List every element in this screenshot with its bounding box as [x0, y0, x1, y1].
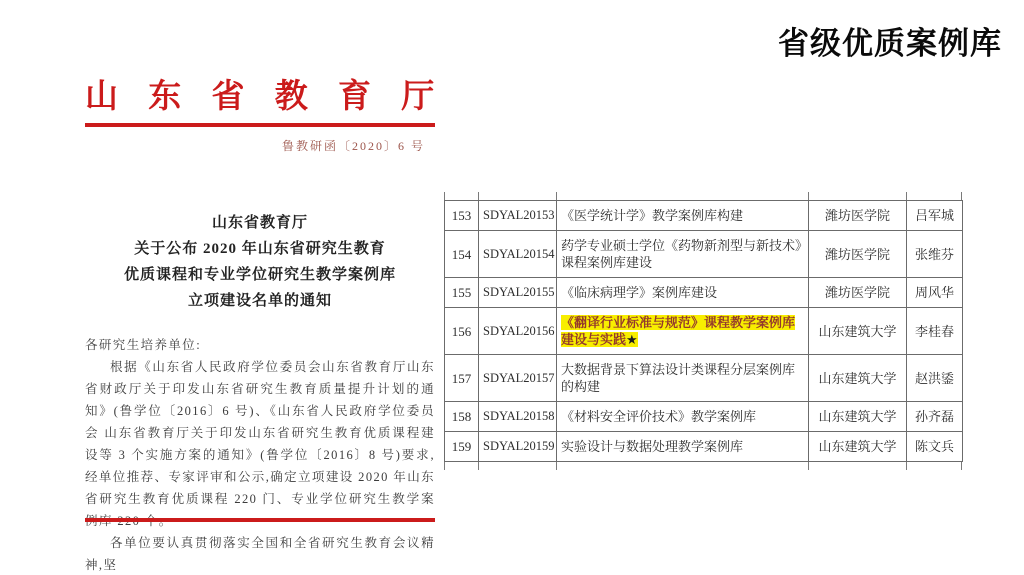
project-title: 大数据背景下算法设计类课程分层案例库的构建: [561, 362, 795, 394]
row-number: 158: [445, 402, 479, 432]
project-title-wrap: 实验设计与数据处理教学案例库: [561, 439, 743, 454]
notice-title-line: 关于公布 2020 年山东省研究生教育: [85, 236, 435, 262]
notice-title-line: 山东省教育厅: [85, 210, 435, 236]
leader-name: 吕军城: [907, 201, 963, 231]
table-row: 154 SDYAL20154 药学专业硕士学位《药物新剂型与新技术》课程案例库建…: [445, 231, 963, 278]
project-title-cell: 《翻译行业标准与规范》课程教学案例库建设与实践★: [557, 308, 809, 355]
project-title: 药学专业硕士学位《药物新剂型与新技术》课程案例库建设: [561, 238, 802, 270]
project-title-cell: 药学专业硕士学位《药物新剂型与新技术》课程案例库建设: [557, 231, 809, 278]
official-document: 山 东 省 教 育 厅 鲁教研函〔2020〕6 号 山东省教育厅 关于公布 20…: [85, 60, 435, 522]
project-title-cell: 大数据背景下算法设计类课程分层案例库的构建: [557, 355, 809, 402]
project-title: 《医学统计学》教学案例库构建: [561, 208, 743, 223]
project-code: SDYAL20156: [479, 308, 557, 355]
table-row: 156 SDYAL20156 《翻译行业标准与规范》课程教学案例库建设与实践★ …: [445, 308, 963, 355]
project-code: SDYAL20153: [479, 201, 557, 231]
school-name: 山东建筑大学: [809, 308, 907, 355]
project-code: SDYAL20155: [479, 278, 557, 308]
document-number: 鲁教研函〔2020〕6 号: [85, 137, 435, 154]
project-title: 《临床病理学》案例库建设: [561, 285, 717, 300]
project-code: SDYAL20158: [479, 402, 557, 432]
table-crop-stub: [444, 462, 445, 470]
table-crop-stub: [906, 462, 907, 470]
table-crop-stub: [556, 192, 557, 200]
project-title: 《翻译行业标准与规范》课程教学案例库建设与实践: [561, 315, 795, 347]
table-row: 155 SDYAL20155 《临床病理学》案例库建设 潍坊医学院 周风华: [445, 278, 963, 308]
school-name: 潍坊医学院: [809, 278, 907, 308]
project-title-cell: 实验设计与数据处理教学案例库: [557, 432, 809, 462]
leader-name: 周风华: [907, 278, 963, 308]
leader-name: 赵洪鋈: [907, 355, 963, 402]
table-row: 157 SDYAL20157 大数据背景下算法设计类课程分层案例库的构建 山东建…: [445, 355, 963, 402]
project-title-wrap: 《翻译行业标准与规范》课程教学案例库建设与实践★: [561, 315, 795, 347]
leader-name: 李桂春: [907, 308, 963, 355]
project-title-wrap: 《医学统计学》教学案例库构建: [561, 208, 743, 223]
project-code: SDYAL20154: [479, 231, 557, 278]
table-crop-stub: [961, 462, 962, 470]
project-title-cell: 《医学统计学》教学案例库构建: [557, 201, 809, 231]
table-crop-stub: [906, 192, 907, 200]
project-title-cell: 《临床病理学》案例库建设: [557, 278, 809, 308]
school-name: 潍坊医学院: [809, 231, 907, 278]
project-title: 《材料安全评价技术》教学案例库: [561, 409, 756, 424]
letterhead-title: 山 东 省 教 育 厅: [85, 70, 435, 117]
notice-title-line: 优质课程和专业学位研究生教学案例库: [85, 262, 435, 288]
table-row: 153 SDYAL20153 《医学统计学》教学案例库构建 潍坊医学院 吕军城: [445, 201, 963, 231]
body-paragraph: 各单位要认真贯彻落实全国和全省研究生教育会议精神,坚: [85, 532, 435, 575]
notice-body: 各研究生培养单位: 根据《山东省人民政府学位委员会山东省教育厅山东省财政厅关于印…: [85, 334, 435, 575]
table-crop-stub: [961, 192, 962, 200]
letterhead-divider: [85, 123, 435, 127]
row-number: 156: [445, 308, 479, 355]
project-title: 实验设计与数据处理教学案例库: [561, 439, 743, 454]
case-library-table: 153 SDYAL20153 《医学统计学》教学案例库构建 潍坊医学院 吕军城 …: [444, 200, 962, 462]
leader-name: 孙齐磊: [907, 402, 963, 432]
row-number: 159: [445, 432, 479, 462]
leader-name: 张维芬: [907, 231, 963, 278]
case-table-body: 153 SDYAL20153 《医学统计学》教学案例库构建 潍坊医学院 吕军城 …: [445, 201, 963, 462]
slide-title: 省级优质案例库: [778, 18, 1002, 63]
table-crop-stub: [808, 192, 809, 200]
notice-title: 山东省教育厅 关于公布 2020 年山东省研究生教育 优质课程和专业学位研究生教…: [85, 210, 435, 314]
table-crop-stub: [808, 462, 809, 470]
table-crop-stub: [556, 462, 557, 470]
table-row: 159 SDYAL20159 实验设计与数据处理教学案例库 山东建筑大学 陈文兵: [445, 432, 963, 462]
table-crop-stub: [478, 462, 479, 470]
document-footer-divider: [85, 518, 435, 522]
row-number: 153: [445, 201, 479, 231]
project-code: SDYAL20159: [479, 432, 557, 462]
project-title-wrap: 药学专业硕士学位《药物新剂型与新技术》课程案例库建设: [561, 238, 802, 270]
project-title-wrap: 《临床病理学》案例库建设: [561, 285, 717, 300]
school-name: 山东建筑大学: [809, 432, 907, 462]
school-name: 山东建筑大学: [809, 402, 907, 432]
notice-title-line: 立项建设名单的通知: [85, 288, 435, 314]
body-paragraph: 根据《山东省人民政府学位委员会山东省教育厅山东省财政厅关于印发山东省研究生教育质…: [85, 356, 435, 532]
row-number: 155: [445, 278, 479, 308]
row-number: 154: [445, 231, 479, 278]
star-mark: ★: [626, 332, 638, 347]
salutation: 各研究生培养单位:: [85, 334, 435, 356]
school-name: 潍坊医学院: [809, 201, 907, 231]
project-title-wrap: 大数据背景下算法设计类课程分层案例库的构建: [561, 362, 795, 394]
table-row: 158 SDYAL20158 《材料安全评价技术》教学案例库 山东建筑大学 孙齐…: [445, 402, 963, 432]
school-name: 山东建筑大学: [809, 355, 907, 402]
project-code: SDYAL20157: [479, 355, 557, 402]
project-title-cell: 《材料安全评价技术》教学案例库: [557, 402, 809, 432]
leader-name: 陈文兵: [907, 432, 963, 462]
project-title-wrap: 《材料安全评价技术》教学案例库: [561, 409, 756, 424]
table-crop-stub: [478, 192, 479, 200]
row-number: 157: [445, 355, 479, 402]
table-crop-stub: [444, 192, 445, 200]
